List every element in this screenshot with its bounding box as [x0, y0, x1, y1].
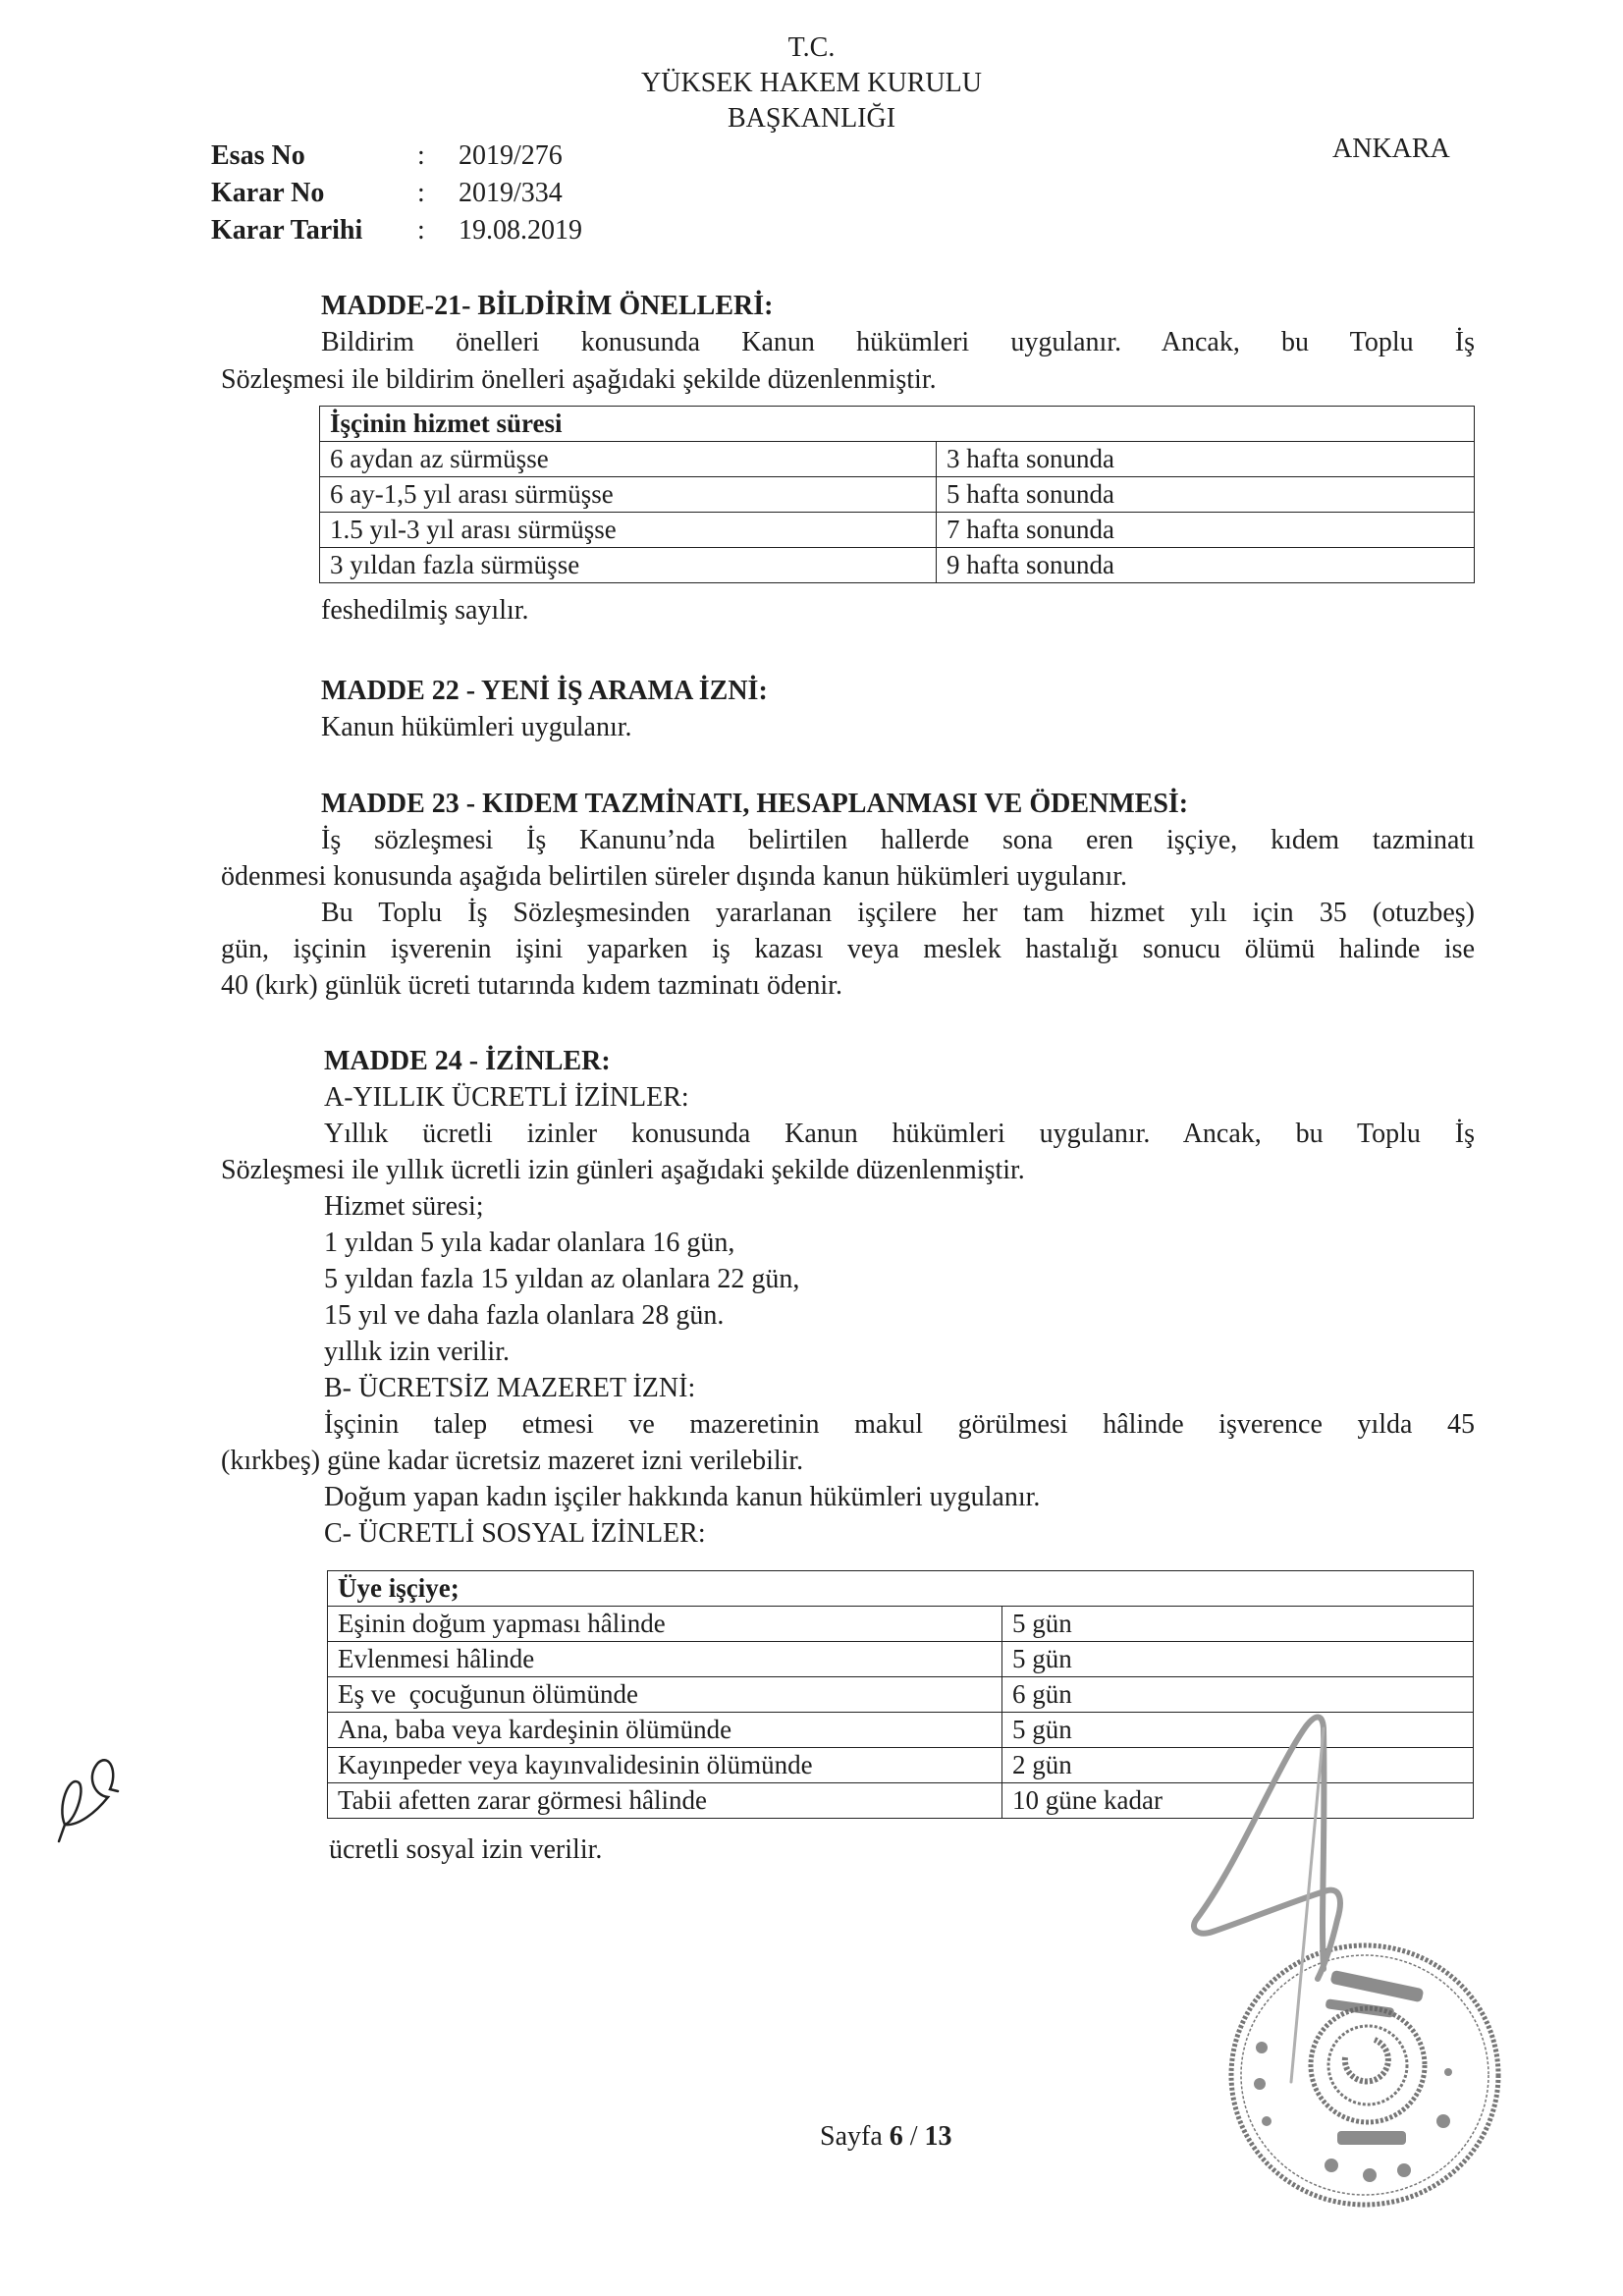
- madde24-b-p2: Doğum yapan kadın işçiler hakkında kanun…: [324, 1479, 1040, 1515]
- list-item: 15 yıl ve daha fazla olanlara 28 gün.: [324, 1297, 724, 1334]
- madde21-paragraph-line1: Bildirim önelleri konusunda Kanun hüküml…: [321, 324, 1475, 360]
- leave-days: 6 gün: [1002, 1677, 1474, 1713]
- leave-event: Eş ve çocuğunun ölümünde: [328, 1677, 1002, 1713]
- social-leave-table: Üye işçiye; Eşinin doğum yapması hâlinde…: [327, 1570, 1474, 1819]
- leave-days: 5 gün: [1002, 1607, 1474, 1642]
- notice-duration: 6 ay-1,5 yıl arası sürmüşse: [320, 477, 937, 513]
- madde23-p2-line2: gün, işçinin işverenin işini yaparken iş…: [221, 931, 1475, 967]
- notice-period-table: İşçinin hizmet süresi 6 aydan az sürmüşs…: [319, 406, 1475, 583]
- page-prefix: Sayfa: [820, 2121, 883, 2152]
- table-row: Kayınpeder veya kayınvalidesinin ölümünd…: [328, 1748, 1474, 1783]
- table-row: 6 aydan az sürmüşse 3 hafta sonunda: [320, 442, 1475, 477]
- madde24-a-p-line2: Sözleşmesi ile yıllık ücretli izin günle…: [221, 1152, 1025, 1188]
- madde24-b-title: B- ÜCRETSİZ MAZERET İZNİ:: [324, 1370, 695, 1406]
- madde24-title: MADDE 24 - İZİNLER:: [324, 1043, 611, 1079]
- header-presidency: BAŞKANLIĞI: [0, 100, 1623, 137]
- notice-period: 3 hafta sonunda: [937, 442, 1475, 477]
- leave-event: Kayınpeder veya kayınvalidesinin ölümünd…: [328, 1748, 1002, 1783]
- table-row: Eş ve çocuğunun ölümünde 6 gün: [328, 1677, 1474, 1713]
- madde22-title: MADDE 22 - YENİ İŞ ARAMA İZNİ:: [321, 673, 768, 709]
- meta-value-tarih: 19.08.2019: [459, 215, 582, 246]
- madde23-p2-line1: Bu Toplu İş Sözleşmesinden yararlanan iş…: [321, 895, 1475, 931]
- meta-colon: :: [417, 140, 425, 172]
- notice-duration: 1.5 yıl-3 yıl arası sürmüşse: [320, 513, 937, 548]
- table-row: Ana, baba veya kardeşinin ölümünde 5 gün: [328, 1713, 1474, 1748]
- meta-value-esas: 2019/276: [459, 140, 563, 172]
- madde21-title: MADDE-21- BİLDİRİM ÖNELLERİ:: [321, 288, 773, 324]
- social-leave-table-header: Üye işçiye;: [328, 1571, 1474, 1607]
- meta-colon: :: [417, 215, 425, 246]
- madde24-b-p-line2: (kırkbeş) güne kadar ücretsiz mazeret iz…: [221, 1443, 803, 1479]
- leave-days: 2 gün: [1002, 1748, 1474, 1783]
- meta-label-tarih: Karar Tarihi: [211, 215, 362, 246]
- madde24-a-title: A-YILLIK ÜCRETLİ İZİNLER:: [324, 1079, 689, 1116]
- notice-period: 5 hafta sonunda: [937, 477, 1475, 513]
- madde24-c-title: C- ÜCRETLİ SOSYAL İZİNLER:: [324, 1515, 706, 1552]
- notice-duration: 3 yıldan fazla sürmüşse: [320, 548, 937, 583]
- page-total: 13: [925, 2121, 952, 2152]
- madde24-b-p-line1: İşçinin talep etmesi ve mazeretinin maku…: [324, 1406, 1475, 1443]
- leave-event: Eşinin doğum yapması hâlinde: [328, 1607, 1002, 1642]
- leave-event: Ana, baba veya kardeşinin ölümünde: [328, 1713, 1002, 1748]
- table-row: 3 yıldan fazla sürmüşse 9 hafta sonunda: [320, 548, 1475, 583]
- madde24-a-p-line1: Yıllık ücretli izinler konusunda Kanun h…: [324, 1116, 1475, 1152]
- meta-colon: :: [417, 178, 425, 209]
- notice-period: 7 hafta sonunda: [937, 513, 1475, 548]
- madde23-p1-line2: ödenmesi konusunda aşağıda belirtilen sü…: [221, 858, 1127, 895]
- notice-duration: 6 aydan az sürmüşse: [320, 442, 937, 477]
- header-tc: T.C.: [0, 29, 1623, 67]
- madde24-a-list-outro: yıllık izin verilir.: [324, 1334, 510, 1370]
- madde23-p1-line1: İş sözleşmesi İş Kanunu’nda belirtilen h…: [321, 822, 1475, 858]
- page-separator: /: [910, 2121, 918, 2152]
- meta-value-karar: 2019/334: [459, 178, 563, 209]
- madde24-c-after-table: ücretli sosyal izin verilir.: [329, 1831, 602, 1868]
- header-institution: YÜKSEK HAKEM KURULU: [0, 65, 1623, 102]
- table-row: Tabii afetten zarar görmesi hâlinde 10 g…: [328, 1783, 1474, 1819]
- notice-table-header: İşçinin hizmet süresi: [320, 407, 1475, 442]
- table-row: Eşinin doğum yapması hâlinde 5 gün: [328, 1607, 1474, 1642]
- notice-period: 9 hafta sonunda: [937, 548, 1475, 583]
- leave-days: 5 gün: [1002, 1642, 1474, 1677]
- madde23-title: MADDE 23 - KIDEM TAZMİNATI, HESAPLANMASI…: [321, 786, 1188, 822]
- page-number: Sayfa 6 / 13: [820, 2121, 952, 2153]
- meta-label-karar: Karar No: [211, 178, 324, 209]
- page-current: 6: [890, 2121, 903, 2152]
- leave-event: Tabii afetten zarar görmesi hâlinde: [328, 1783, 1002, 1819]
- leave-days: 5 gün: [1002, 1713, 1474, 1748]
- madde21-after-table: feshedilmiş sayılır.: [321, 592, 529, 629]
- leave-event: Evlenmesi hâlinde: [328, 1642, 1002, 1677]
- table-row: 6 ay-1,5 yıl arası sürmüşse 5 hafta sonu…: [320, 477, 1475, 513]
- madde22-text: Kanun hükümleri uygulanır.: [321, 709, 632, 745]
- madde21-paragraph-line2: Sözleşmesi ile bildirim önelleri aşağıda…: [221, 361, 937, 398]
- madde23-p2-line3: 40 (kırk) günlük ücreti tutarında kıdem …: [221, 967, 842, 1004]
- list-item: 1 yıldan 5 yıla kadar olanlara 16 gün,: [324, 1225, 734, 1261]
- leave-days: 10 güne kadar: [1002, 1783, 1474, 1819]
- list-item: 5 yıldan fazla 15 yıldan az olanlara 22 …: [324, 1261, 799, 1297]
- madde24-a-list-intro: Hizmet süresi;: [324, 1188, 484, 1225]
- table-row: 1.5 yıl-3 yıl arası sürmüşse 7 hafta son…: [320, 513, 1475, 548]
- meta-label-esas: Esas No: [211, 140, 305, 172]
- header-city: ANKARA: [1332, 134, 1450, 165]
- table-row: Evlenmesi hâlinde 5 gün: [328, 1642, 1474, 1677]
